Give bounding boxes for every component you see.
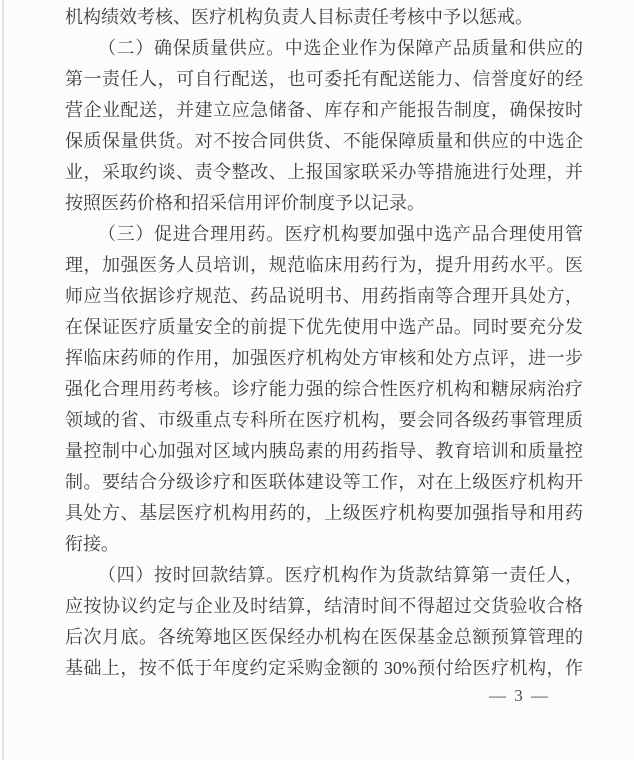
text-line: 应按协议约定与企业及时结算，结清时间不得超过交货验收合格 <box>65 591 583 622</box>
document-body: 机构绩效考核、医疗机构负责人目标责任考核中予以惩戒。（二）确保质量供应。中选企业… <box>65 2 583 684</box>
text-line: 强化合理用药考核。诊疗能力强的综合性医疗机构和糖尿病治疗 <box>65 374 583 405</box>
text-line: 理，加强医务人员培训，规范临床用药行为，提升用药水平。医 <box>65 250 583 281</box>
paragraph-3: （四）按时回款结算。医疗机构作为货款结算第一责任人，应按协议约定与企业及时结算，… <box>65 560 583 684</box>
text-line: 制。要结合分级诊疗和医联体建设等工作，对在上级医疗机构开 <box>65 467 583 498</box>
text-line: 营企业配送，并建立应急储备、库存和产能报告制度，确保按时 <box>65 95 583 126</box>
paragraph-1: （二）确保质量供应。中选企业作为保障产品质量和供应的第一责任人，可自行配送，也可… <box>65 33 583 219</box>
scan-edge-line <box>2 0 4 760</box>
text-line: 衔接。 <box>65 529 583 560</box>
text-line: 按照医药价格和招采信用评价制度予以记录。 <box>65 188 583 219</box>
text-line: 具处方、基层医疗机构用药的，上级医疗机构要加强指导和用药 <box>65 498 583 529</box>
page-number: — 3 — <box>65 683 583 709</box>
paragraph-2: （三）促进合理用药。医疗机构要加强中选产品合理使用管理，加强医务人员培训，规范临… <box>65 219 583 560</box>
text-line: 量控制中心加强对区域内胰岛素的用药指导、教育培训和质量控 <box>65 436 583 467</box>
text-line: 基础上，按不低于年度约定采购金额的 30%预付给医疗机构，作 <box>65 653 583 684</box>
paragraph-0: 机构绩效考核、医疗机构负责人目标责任考核中予以惩戒。 <box>65 2 583 33</box>
text-line: 在保证医疗质量安全的前提下优先使用中选产品。同时要充分发 <box>65 312 583 343</box>
text-line: 机构绩效考核、医疗机构负责人目标责任考核中予以惩戒。 <box>65 2 583 33</box>
text-line: 后次月底。各统筹地区医保经办机构在医保基金总额预算管理的 <box>65 622 583 653</box>
text-line: （三）促进合理用药。医疗机构要加强中选产品合理使用管 <box>65 219 583 250</box>
text-line: 挥临床药师的作用，加强医疗机构处方审核和处方点评，进一步 <box>65 343 583 374</box>
text-line: 保质保量供货。对不按合同供货、不能保障质量和供应的中选企 <box>65 126 583 157</box>
text-line: 师应当依据诊疗规范、药品说明书、用药指南等合理开具处方， <box>65 281 583 312</box>
text-line: 第一责任人，可自行配送，也可委托有配送能力、信誉度好的经 <box>65 64 583 95</box>
text-line: 领域的省、市级重点专科所在医疗机构，要会同各级药事管理质 <box>65 405 583 436</box>
text-line: （二）确保质量供应。中选企业作为保障产品质量和供应的 <box>65 33 583 64</box>
text-line: （四）按时回款结算。医疗机构作为货款结算第一责任人， <box>65 560 583 591</box>
text-line: 业，采取约谈、责令整改、上报国家联采办等措施进行处理，并 <box>65 157 583 188</box>
